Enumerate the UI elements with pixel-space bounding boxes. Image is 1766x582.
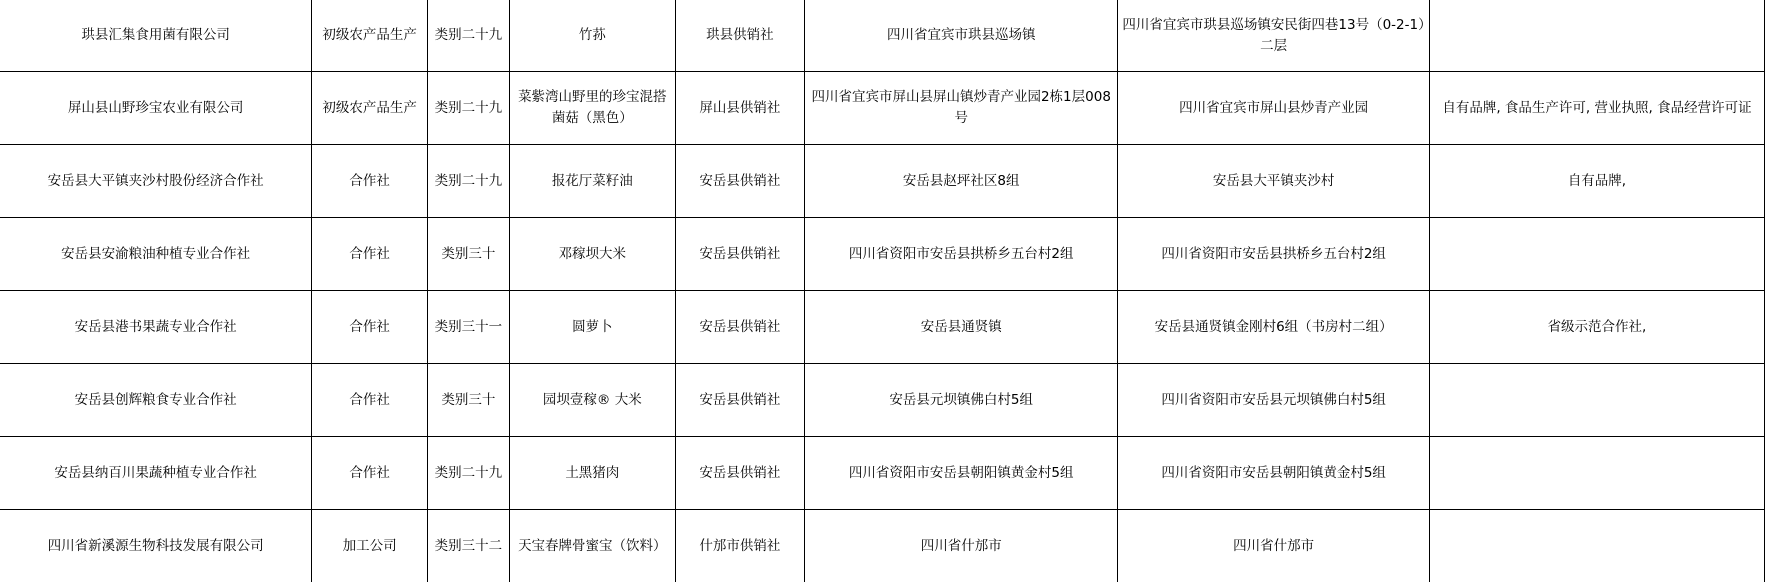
cell-type[interactable]: 初级农产品生产: [312, 0, 428, 72]
cell-qualifications[interactable]: [1429, 510, 1764, 582]
cell-coop[interactable]: 安岳县供销社: [675, 218, 804, 291]
cell-category[interactable]: 类别二十九: [427, 145, 509, 218]
cell-type[interactable]: 初级农产品生产: [312, 72, 428, 145]
table-row: 安岳县港书果蔬专业合作社 合作社 类别三十一 圆萝卜 安岳县供销社 安岳县通贤镇…: [0, 291, 1765, 364]
cell-type[interactable]: 合作社: [312, 291, 428, 364]
cell-qualifications[interactable]: 自有品牌,: [1429, 145, 1764, 218]
cell-category[interactable]: 类别三十: [427, 218, 509, 291]
cell-category[interactable]: 类别二十九: [427, 437, 509, 510]
cell-category[interactable]: 类别三十一: [427, 291, 509, 364]
cell-product[interactable]: 菜紫湾山野里的珍宝混搭菌菇（黑色）: [509, 72, 675, 145]
cell-product[interactable]: 园坝壹稼® 大米: [509, 364, 675, 437]
cell-registered-address[interactable]: 安岳县赵坪社区8组: [805, 145, 1118, 218]
cell-type[interactable]: 合作社: [312, 145, 428, 218]
cell-qualifications[interactable]: [1429, 364, 1764, 437]
table-row: 安岳县安渝粮油种植专业合作社 合作社 类别三十 邓稼坝大米 安岳县供销社 四川省…: [0, 218, 1765, 291]
table-row: 安岳县创辉粮食专业合作社 合作社 类别三十 园坝壹稼® 大米 安岳县供销社 安岳…: [0, 364, 1765, 437]
cell-production-address[interactable]: 四川省资阳市安岳县朝阳镇黄金村5组: [1118, 437, 1430, 510]
cell-product[interactable]: 邓稼坝大米: [509, 218, 675, 291]
cell-company[interactable]: 安岳县大平镇夹沙村股份经济合作社: [0, 145, 312, 218]
cell-company[interactable]: 安岳县港书果蔬专业合作社: [0, 291, 312, 364]
cell-registered-address[interactable]: 四川省宜宾市珙县巡场镇: [805, 0, 1118, 72]
cell-category[interactable]: 类别三十二: [427, 510, 509, 582]
cell-category[interactable]: 类别二十九: [427, 72, 509, 145]
cell-production-address[interactable]: 四川省资阳市安岳县元坝镇佛白村5组: [1118, 364, 1430, 437]
cell-company[interactable]: 安岳县创辉粮食专业合作社: [0, 364, 312, 437]
table-row: 屏山县山野珍宝农业有限公司 初级农产品生产 类别二十九 菜紫湾山野里的珍宝混搭菌…: [0, 72, 1765, 145]
cell-qualifications[interactable]: [1429, 437, 1764, 510]
cell-company[interactable]: 安岳县纳百川果蔬种植专业合作社: [0, 437, 312, 510]
cell-registered-address[interactable]: 安岳县通贤镇: [805, 291, 1118, 364]
cell-product[interactable]: 报花厅菜籽油: [509, 145, 675, 218]
cell-registered-address[interactable]: 四川省宜宾市屏山县屏山镇炒青产业园2栋1层008号: [805, 72, 1118, 145]
data-table: 珙县汇集食用菌有限公司 初级农产品生产 类别二十九 竹荪 珙县供销社 四川省宜宾…: [0, 0, 1765, 582]
cell-production-address[interactable]: 安岳县大平镇夹沙村: [1118, 145, 1430, 218]
cell-coop[interactable]: 什邡市供销社: [675, 510, 804, 582]
cell-product[interactable]: 土黑猪肉: [509, 437, 675, 510]
spreadsheet-view: 珙县汇集食用菌有限公司 初级农产品生产 类别二十九 竹荪 珙县供销社 四川省宜宾…: [0, 0, 1766, 582]
cell-type[interactable]: 合作社: [312, 218, 428, 291]
cell-production-address[interactable]: 四川省宜宾市屏山县炒青产业园: [1118, 72, 1430, 145]
cell-category[interactable]: 类别二十九: [427, 0, 509, 72]
cell-type[interactable]: 合作社: [312, 364, 428, 437]
cell-category[interactable]: 类别三十: [427, 364, 509, 437]
cell-coop[interactable]: 安岳县供销社: [675, 145, 804, 218]
table-row: 四川省新溪源生物科技发展有限公司 加工公司 类别三十二 天宝春牌骨蜜宝（饮料） …: [0, 510, 1765, 582]
cell-company[interactable]: 安岳县安渝粮油种植专业合作社: [0, 218, 312, 291]
cell-coop[interactable]: 安岳县供销社: [675, 437, 804, 510]
cell-company[interactable]: 珙县汇集食用菌有限公司: [0, 0, 312, 72]
cell-qualifications[interactable]: 省级示范合作社,: [1429, 291, 1764, 364]
cell-product[interactable]: 天宝春牌骨蜜宝（饮料）: [509, 510, 675, 582]
cell-product[interactable]: 圆萝卜: [509, 291, 675, 364]
cell-qualifications[interactable]: [1429, 0, 1764, 72]
cell-company[interactable]: 屏山县山野珍宝农业有限公司: [0, 72, 312, 145]
cell-registered-address[interactable]: 安岳县元坝镇佛白村5组: [805, 364, 1118, 437]
cell-production-address[interactable]: 四川省资阳市安岳县拱桥乡五台村2组: [1118, 218, 1430, 291]
table-row: 安岳县大平镇夹沙村股份经济合作社 合作社 类别二十九 报花厅菜籽油 安岳县供销社…: [0, 145, 1765, 218]
cell-production-address[interactable]: 安岳县通贤镇金刚村6组（书房村二组）: [1118, 291, 1430, 364]
cell-production-address[interactable]: 四川省什邡市: [1118, 510, 1430, 582]
cell-type[interactable]: 合作社: [312, 437, 428, 510]
cell-type[interactable]: 加工公司: [312, 510, 428, 582]
cell-registered-address[interactable]: 四川省什邡市: [805, 510, 1118, 582]
cell-registered-address[interactable]: 四川省资阳市安岳县拱桥乡五台村2组: [805, 218, 1118, 291]
cell-qualifications[interactable]: 自有品牌, 食品生产许可, 营业执照, 食品经营许可证: [1429, 72, 1764, 145]
cell-coop[interactable]: 珙县供销社: [675, 0, 804, 72]
cell-coop[interactable]: 安岳县供销社: [675, 364, 804, 437]
table-row: 珙县汇集食用菌有限公司 初级农产品生产 类别二十九 竹荪 珙县供销社 四川省宜宾…: [0, 0, 1765, 72]
cell-product[interactable]: 竹荪: [509, 0, 675, 72]
cell-company[interactable]: 四川省新溪源生物科技发展有限公司: [0, 510, 312, 582]
cell-qualifications[interactable]: [1429, 218, 1764, 291]
cell-coop[interactable]: 屏山县供销社: [675, 72, 804, 145]
cell-production-address[interactable]: 四川省宜宾市珙县巡场镇安民街四巷13号（0-2-1）二层: [1118, 0, 1430, 72]
cell-coop[interactable]: 安岳县供销社: [675, 291, 804, 364]
cell-registered-address[interactable]: 四川省资阳市安岳县朝阳镇黄金村5组: [805, 437, 1118, 510]
table-row: 安岳县纳百川果蔬种植专业合作社 合作社 类别二十九 土黑猪肉 安岳县供销社 四川…: [0, 437, 1765, 510]
